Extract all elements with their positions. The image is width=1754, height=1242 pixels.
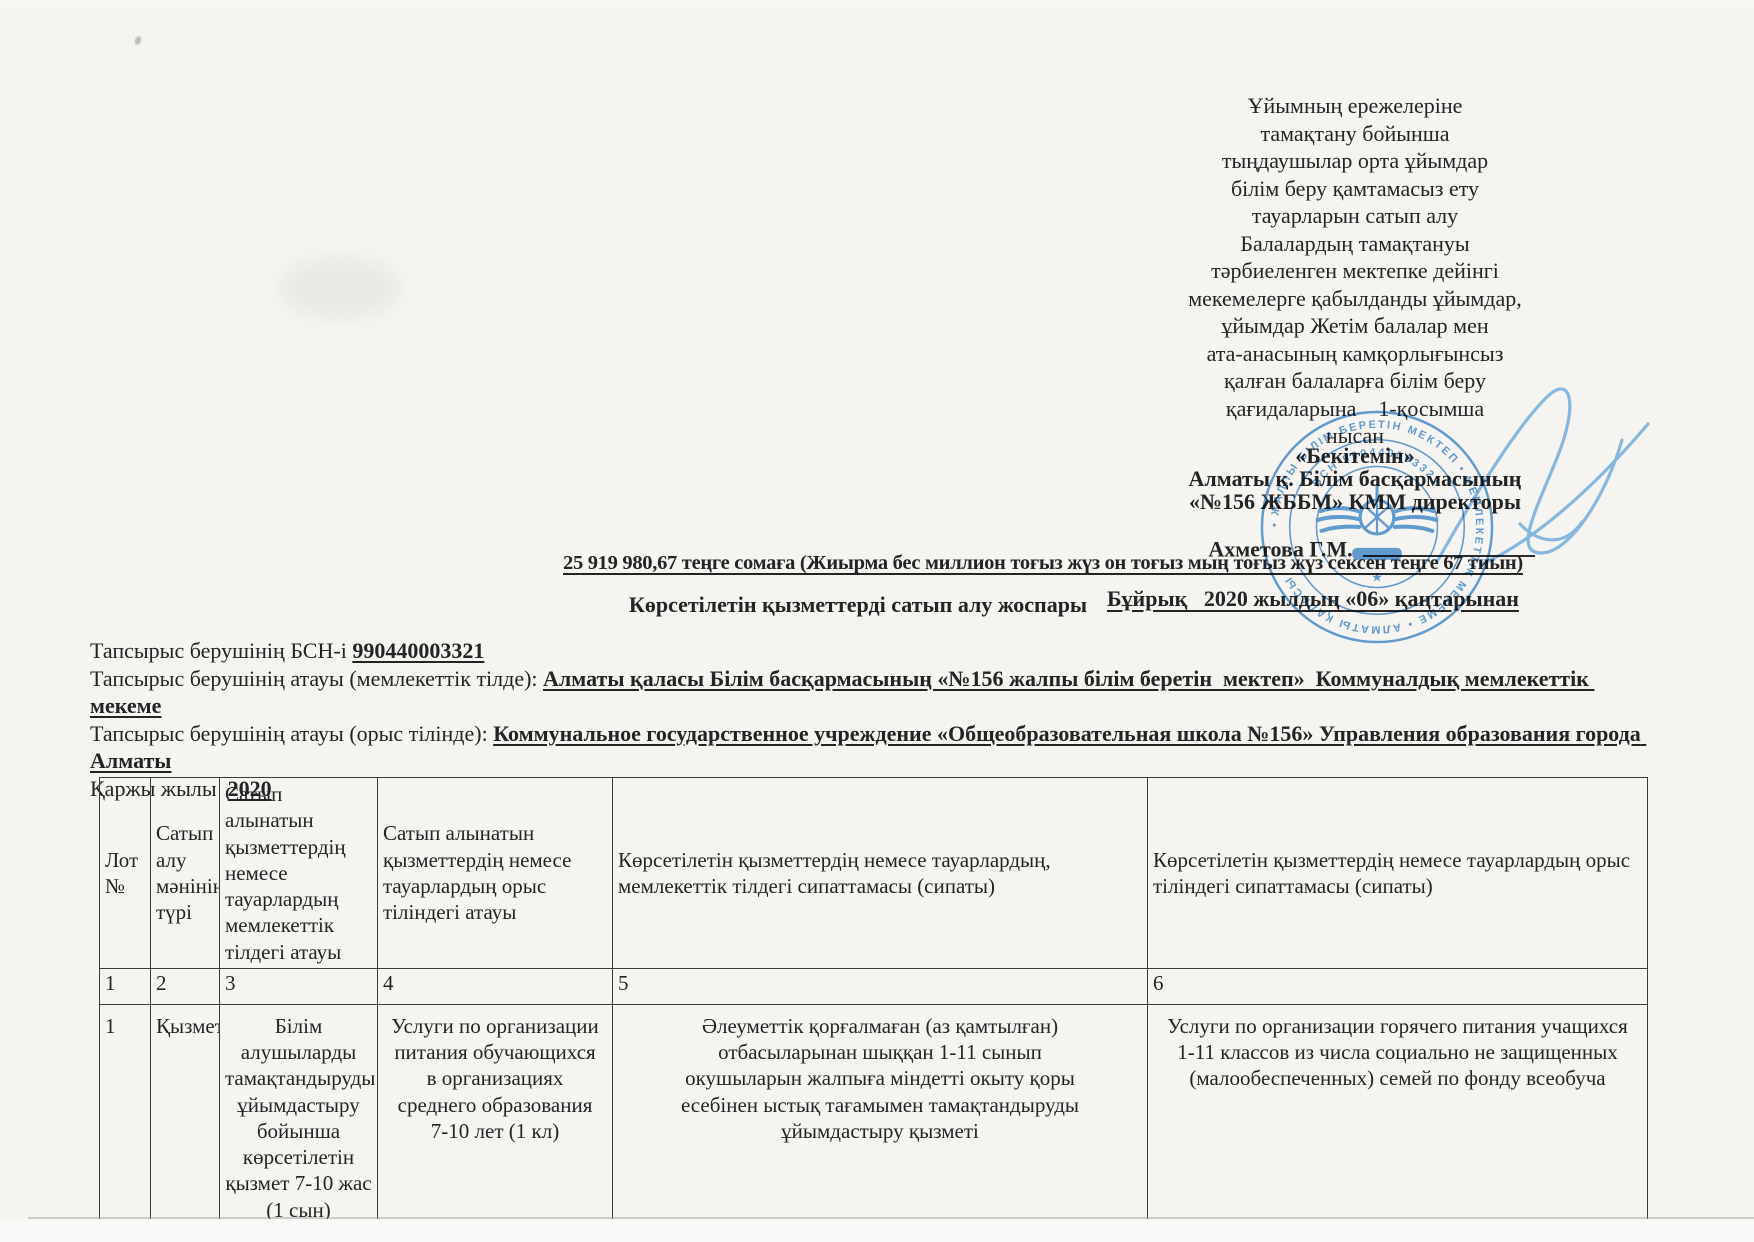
stamp-emblem	[1318, 485, 1437, 534]
col-number: 1	[100, 968, 151, 1004]
stamp-star: ★	[1371, 570, 1383, 585]
col-header-lot: Лот №	[100, 778, 151, 969]
director-signature	[1420, 372, 1670, 587]
col-number: 4	[378, 968, 613, 1004]
column-number-row: 1 2 3 4 5 6	[100, 968, 1648, 1004]
note-line: тыңдаушылар орта ұйымдар	[1050, 147, 1660, 175]
document-page: Ұйымның ережелеріне тамақтану бойынша ты…	[0, 0, 1754, 1242]
note-line: ата-анасының камқорлығынсыз	[1050, 340, 1660, 368]
stamp-banner-text: QAZAQSTAN	[1354, 552, 1400, 559]
cell-name-ru: Услуги по организации питания обучающихс…	[378, 1004, 613, 1226]
note-line: Балалардың тамақтануы	[1050, 230, 1660, 258]
table-header-row: Лот № Сатып алу мәнінің түрі Сатып алына…	[100, 778, 1648, 969]
scan-background	[0, 1219, 1754, 1242]
note-line: тамақтану бойынша	[1050, 120, 1660, 148]
customer-name-kk-line: Тапсырыс берушінің атауы (мемлекеттік ті…	[90, 665, 1650, 720]
col-header-desc-kk: Көрсетілетін қызметтердің немесе тауарла…	[613, 778, 1148, 969]
col-header-type: Сатып алу мәнінің түрі	[151, 778, 220, 969]
note-line: Ұйымның ережелеріне	[1050, 92, 1660, 120]
procurement-plan-table: Лот № Сатып алу мәнінің түрі Сатып алына…	[99, 777, 1648, 1227]
note-line: тәрбиеленген мектепке дейінгі	[1050, 257, 1660, 285]
customer-bsn-value: 990440003321	[352, 638, 484, 663]
customer-name-kk-label: Тапсырыс берушінің атауы (мемлекеттік ті…	[90, 666, 543, 691]
scan-artifact	[134, 35, 143, 46]
cell-lot: 1	[100, 1004, 151, 1226]
cell-desc-ru: Услуги по организации горячего питания у…	[1148, 1004, 1648, 1226]
scan-artifact	[280, 258, 400, 318]
customer-name-ru-label: Тапсырыс берушінің атауы (орыс тілінде):	[90, 721, 493, 746]
col-header-desc-ru: Көрсетілетін қызметтердің немесе тауарла…	[1148, 778, 1648, 969]
col-number: 5	[613, 968, 1148, 1004]
cell-name-kk: Білім алушыларды тамақтандыруды ұйымдаст…	[220, 1004, 378, 1226]
customer-bsn-label: Тапсырыс берушінің БСН-і	[90, 638, 352, 663]
customer-name-ru-line: Тапсырыс берушінің атауы (орыс тілінде):…	[90, 720, 1650, 775]
note-line: тауарларын сатып алу	[1050, 202, 1660, 230]
cell-desc-kk: Әлеуметтік қорғалмаған (аз қамтылған) от…	[613, 1004, 1148, 1226]
col-header-name-ru: Сатып алынатын қызметтердің немесе тауар…	[378, 778, 613, 969]
col-number: 6	[1148, 968, 1648, 1004]
col-number: 3	[220, 968, 378, 1004]
col-header-name-kk: Сатып алынатын қызметтердің немесе тауар…	[220, 778, 378, 969]
cell-type: Қызмет	[151, 1004, 220, 1226]
note-line: ұйымдар Жетім балалар мен	[1050, 312, 1660, 340]
table-row: 1 Қызмет Білім алушыларды тамақтандыруды…	[100, 1004, 1648, 1226]
note-line: мекемелерге қабылданды ұйымдар,	[1050, 285, 1660, 313]
col-number: 2	[151, 968, 220, 1004]
note-line: білім беру қамтамасыз ету	[1050, 175, 1660, 203]
